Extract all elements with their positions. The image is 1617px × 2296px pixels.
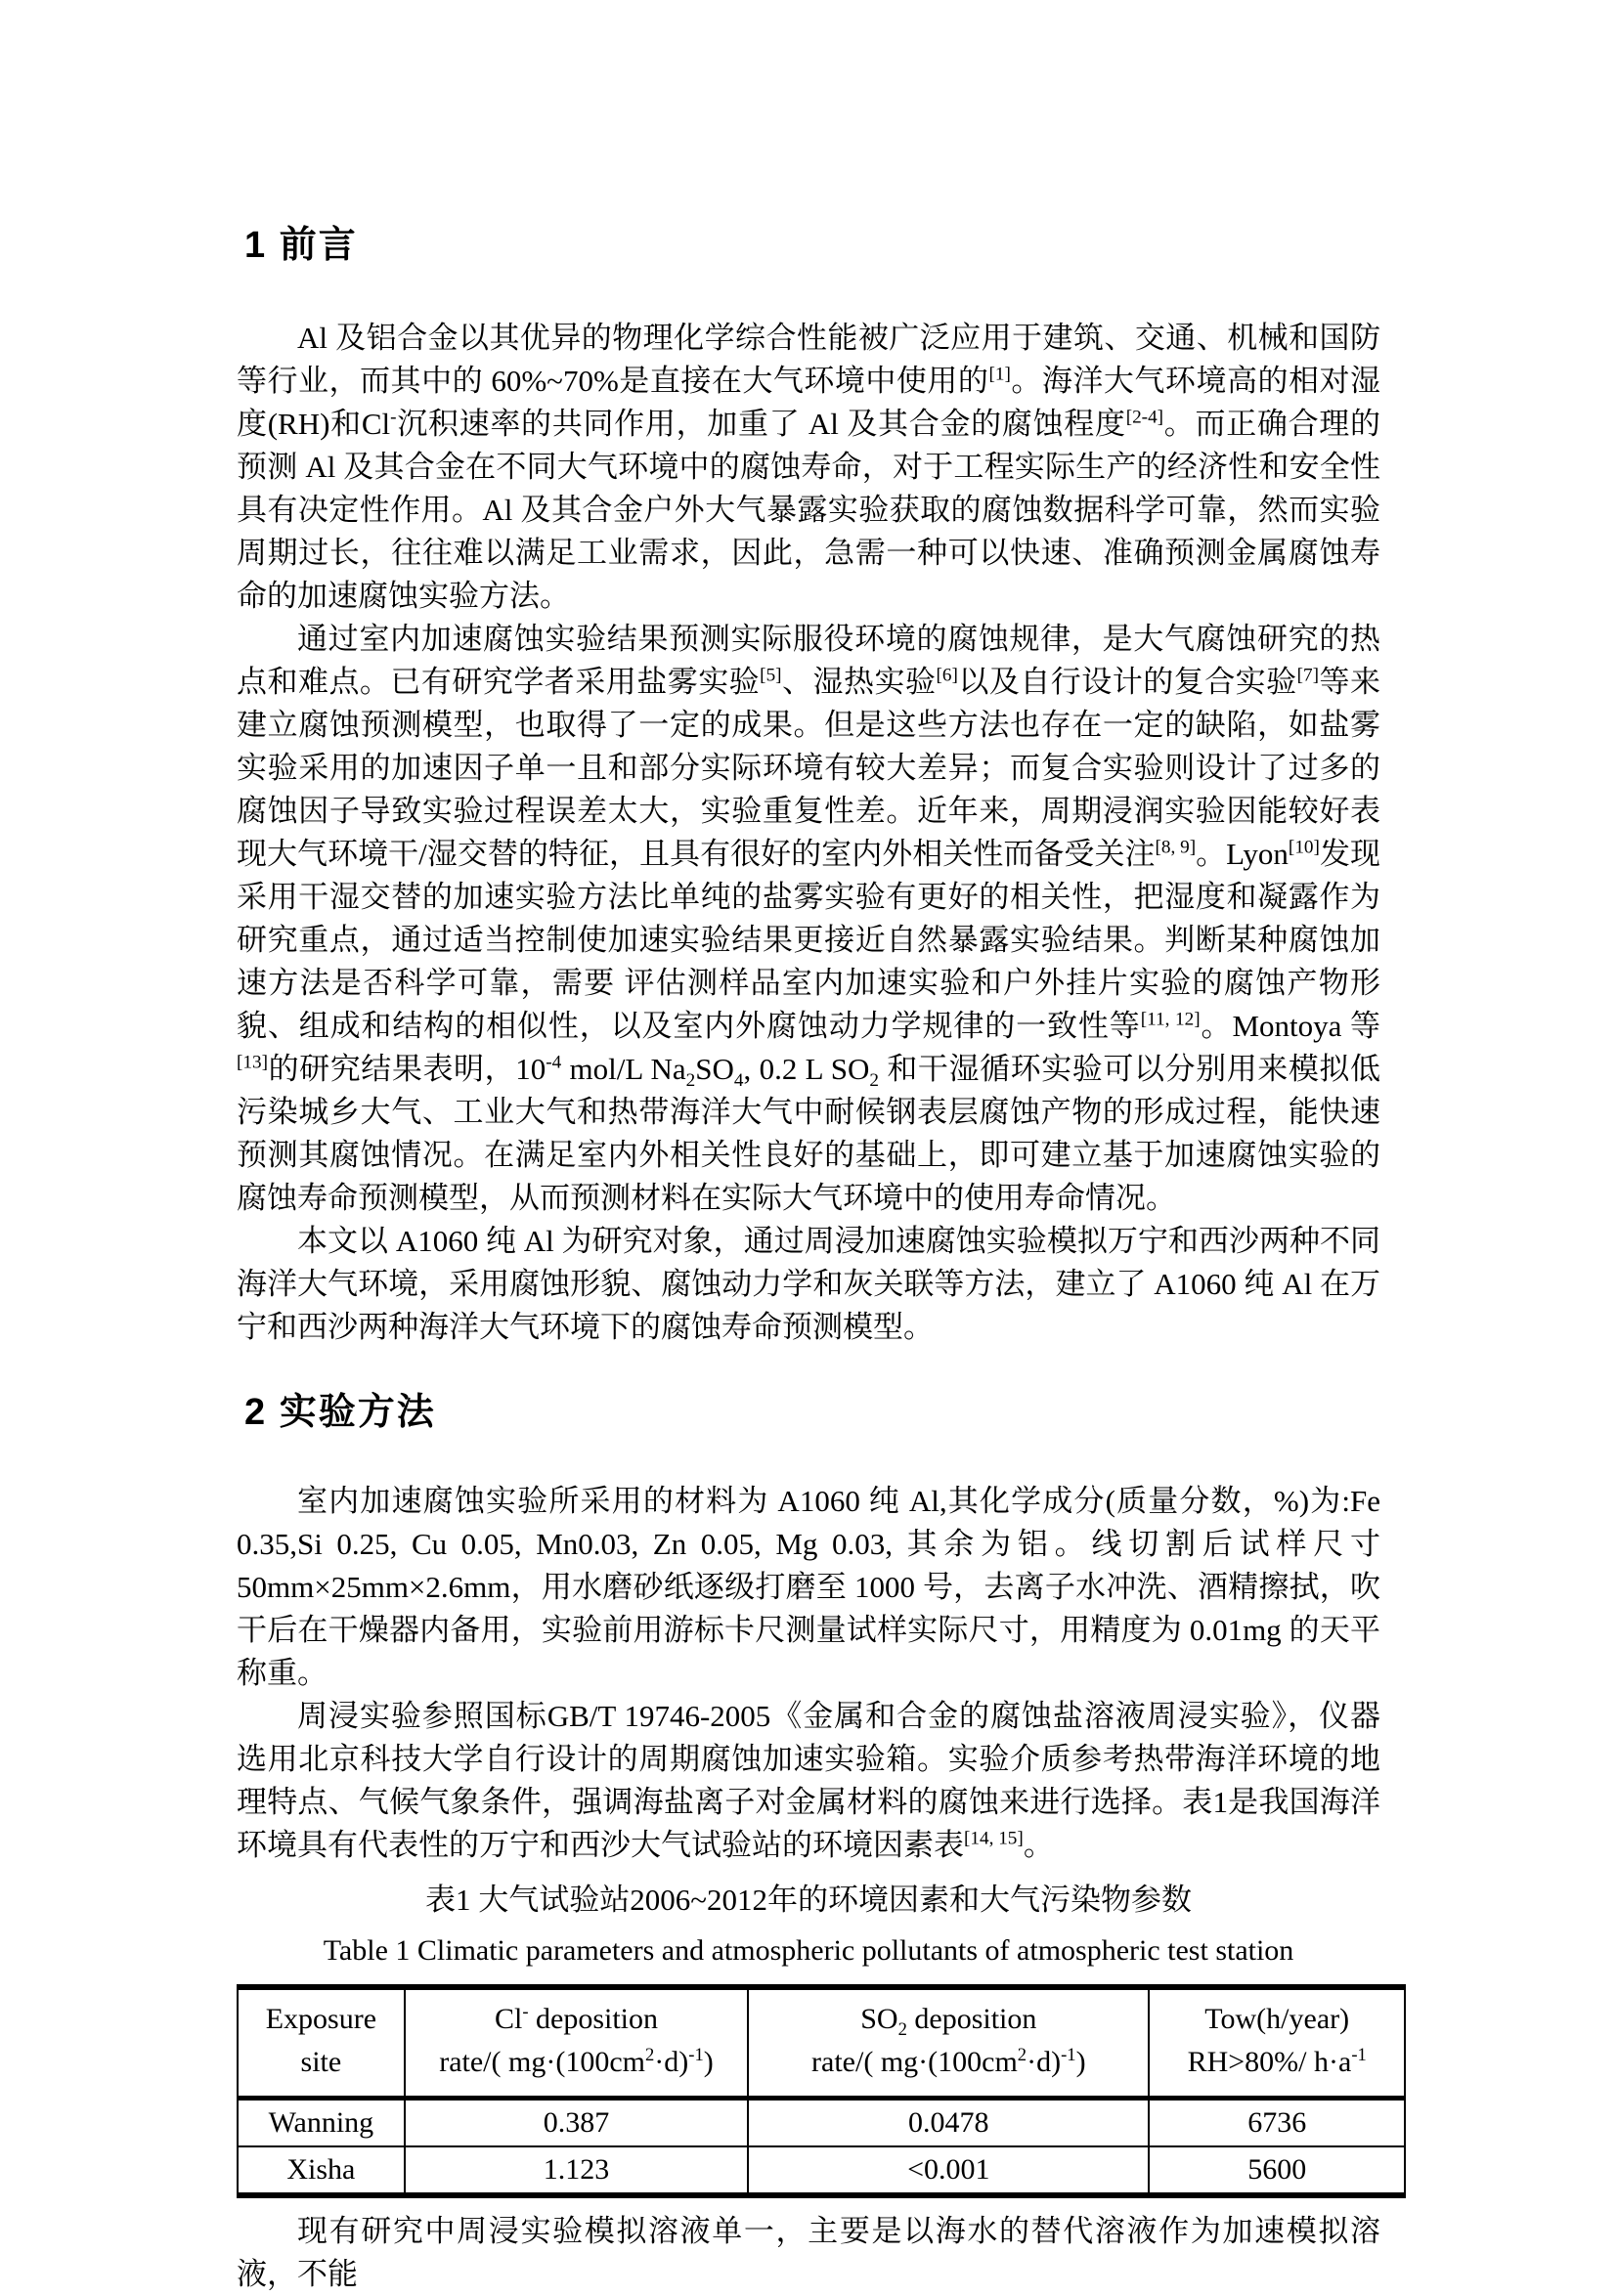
methods-paragraph-2: 周浸实验参照国标GB/T 19746-2005《金属和合金的腐蚀盐溶液周浸实验》…	[237, 1695, 1380, 1867]
cell-xisha-tow: 5600	[1149, 2146, 1405, 2195]
cell-wanning-tow: 6736	[1149, 2099, 1405, 2147]
cell-xisha-site: Xisha	[238, 2146, 405, 2195]
table-row-xisha: Xisha 1.123 <0.001 5600	[238, 2146, 1405, 2195]
intro-paragraph-2: 通过室内加速腐蚀实验结果预测实际服役环境的腐蚀规律，是大气腐蚀研究的热点和难点。…	[237, 618, 1380, 1220]
document-page: 1 前言 Al 及铝合金以其优异的物理化学综合性能被广泛应用于建筑、交通、机械和…	[0, 0, 1617, 2286]
header-cl-deposition-line2: rate/( mg·(100cm2·d)-1)	[406, 2041, 747, 2084]
header-exposure-site: Exposure site	[238, 1987, 405, 2099]
header-cl-deposition: Cl- deposition rate/( mg·(100cm2·d)-1)	[405, 1987, 748, 2099]
header-exposure-site-line1: Exposure	[239, 1998, 404, 2041]
header-so2-deposition-line1: SO2 deposition	[749, 1998, 1148, 2041]
climate-parameters-table: Exposure site Cl- deposition rate/( mg·(…	[237, 1984, 1406, 2198]
header-so2-deposition: SO2 deposition rate/( mg·(100cm2·d)-1)	[748, 1987, 1149, 2099]
table-row-wanning: Wanning 0.387 0.0478 6736	[238, 2099, 1405, 2147]
cell-xisha-so2: <0.001	[748, 2146, 1149, 2195]
intro-paragraph-3: 本文以 A1060 纯 Al 为研究对象，通过周浸加速腐蚀实验模拟万宁和西沙两种…	[237, 1220, 1380, 1349]
header-exposure-site-line2: site	[239, 2041, 404, 2084]
header-tow-line2: RH>80%/ h·a-1	[1150, 2041, 1404, 2084]
section-heading-introduction: 1 前言	[244, 223, 1380, 268]
table-caption-zh: 表1 大气试验站2006~2012年的环境因素和大气污染物参数	[237, 1879, 1380, 1922]
section-heading-methods: 2 实验方法	[244, 1390, 1380, 1435]
header-cl-deposition-line1: Cl- deposition	[406, 1998, 747, 2041]
table-header-row: Exposure site Cl- deposition rate/( mg·(…	[238, 1987, 1405, 2099]
closing-paragraph: 现有研究中周浸实验模拟溶液单一，主要是以海水的替代溶液作为加速模拟溶液，不能	[237, 2210, 1380, 2296]
methods-paragraph-1: 室内加速腐蚀实验所采用的材料为 A1060 纯 Al,其化学成分(质量分数，%)…	[237, 1480, 1380, 1695]
cell-xisha-cl: 1.123	[405, 2146, 748, 2195]
header-so2-deposition-line2: rate/( mg·(100cm2·d)-1)	[749, 2041, 1148, 2084]
header-tow-line1: Tow(h/year)	[1150, 1998, 1404, 2041]
header-tow: Tow(h/year) RH>80%/ h·a-1	[1149, 1987, 1405, 2099]
intro-paragraph-1: Al 及铝合金以其优异的物理化学综合性能被广泛应用于建筑、交通、机械和国防等行业…	[237, 317, 1380, 618]
cell-wanning-cl: 0.387	[405, 2099, 748, 2147]
table-caption-en: Table 1 Climatic parameters and atmosphe…	[237, 1931, 1380, 1971]
cell-wanning-so2: 0.0478	[748, 2099, 1149, 2147]
cell-wanning-site: Wanning	[238, 2099, 405, 2147]
